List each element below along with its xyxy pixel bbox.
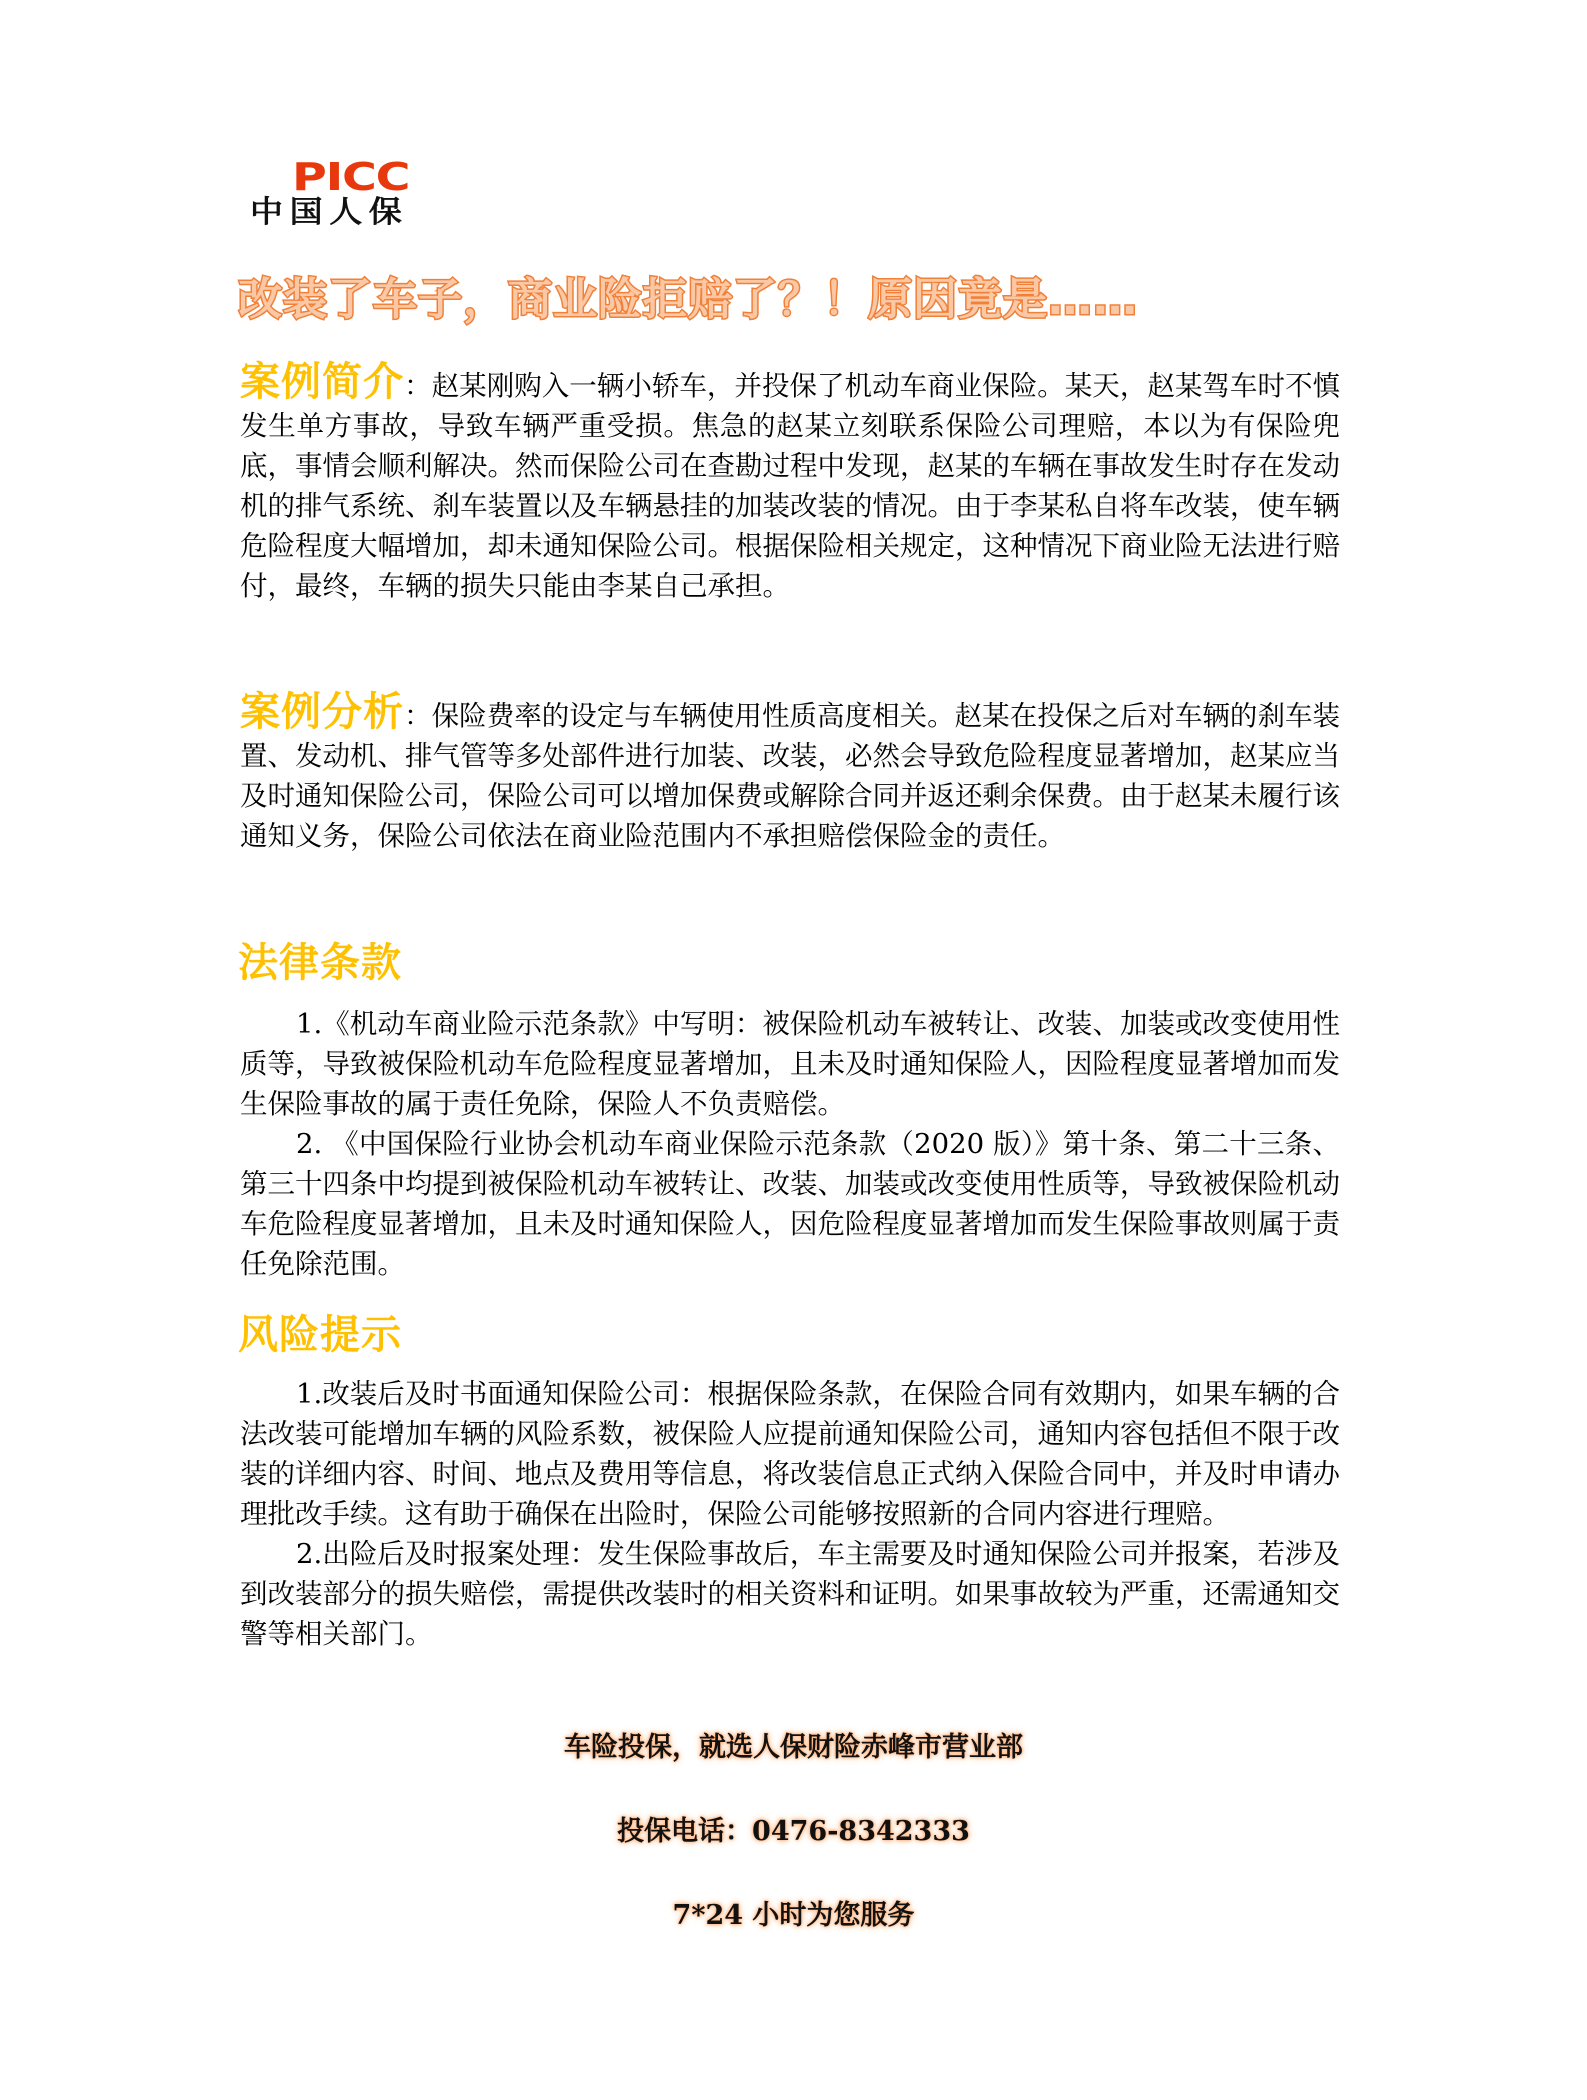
section-legal-terms: 1.《机动车商业险示范条款》中写明：被保险机动车被转让、改装、加装或改变使用性质…: [240, 1004, 1340, 1284]
risk-tip-item: 2.出险后及时报案处理：发生保险事故后，车主需要及时通知保险公司并报案，若涉及到…: [240, 1534, 1340, 1654]
heading-case-intro: 案例简介: [240, 359, 404, 405]
heading-colon: ：: [404, 700, 432, 732]
logo-brand: PICC: [292, 158, 409, 196]
legal-term-item: 2. 《中国保险行业协会机动车商业保险示范条款（2020 版）》第十条、第二十三…: [240, 1124, 1340, 1284]
footer-slogan: 车险投保，就选人保财险赤峰市营业部: [0, 1728, 1587, 1768]
section-case-intro: 案例简介：赵某刚购入一辆小轿车，并投保了机动车商业保险。某天，赵某驾车时不慎发生…: [240, 362, 1340, 606]
heading-case-analysis: 案例分析: [240, 689, 404, 735]
document-title: 改装了车子，商业险拒赔了？！原因竟是……: [238, 272, 1138, 328]
heading-colon: ：: [404, 370, 432, 402]
section-case-analysis: 案例分析：保险费率的设定与车辆使用性质高度相关。赵某在投保之后对车辆的刹车装置、…: [240, 692, 1340, 856]
risk-tip-item: 1.改装后及时书面通知保险公司：根据保险条款，在保险合同有效期内，如果车辆的合法…: [240, 1374, 1340, 1534]
document-page: PICC 中国人保 改装了车子，商业险拒赔了？！原因竟是…… 案例简介：赵某刚购…: [0, 0, 1587, 2100]
heading-legal-terms: 法律条款: [238, 938, 402, 988]
section-risk-tips: 1.改装后及时书面通知保险公司：根据保险条款，在保险合同有效期内，如果车辆的合法…: [240, 1374, 1340, 1654]
heading-risk-tips: 风险提示: [238, 1310, 402, 1360]
footer-service-hours: 7*24 小时为您服务: [0, 1896, 1587, 1936]
picc-logo: PICC 中国人保: [250, 158, 480, 230]
case-intro-text: 赵某刚购入一辆小轿车，并投保了机动车商业保险。某天，赵某驾车时不慎发生单方事故，…: [240, 370, 1340, 602]
footer-phone: 投保电话：0476-8342333: [0, 1812, 1587, 1852]
legal-term-item: 1.《机动车商业险示范条款》中写明：被保险机动车被转让、改装、加装或改变使用性质…: [240, 1004, 1340, 1124]
logo-cn-name: 中国人保: [250, 196, 408, 230]
